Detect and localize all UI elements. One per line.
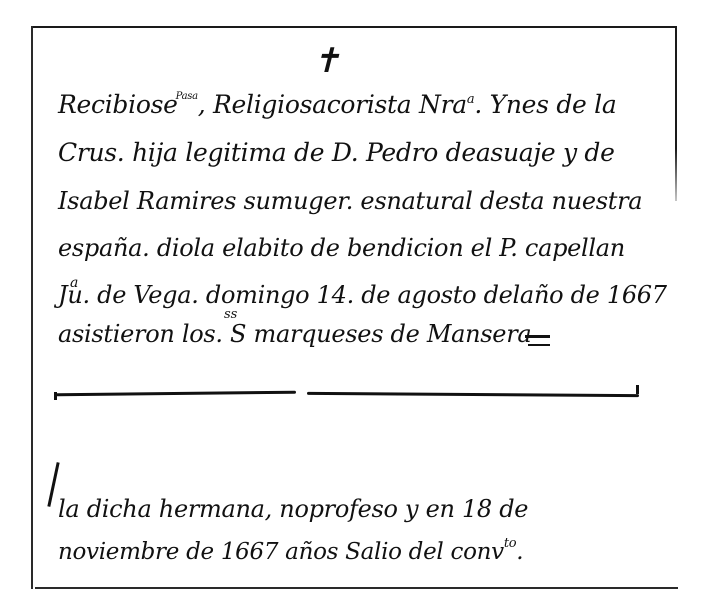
entry-line-6: asistieron los. S marqueses de Mansera: [58, 322, 531, 346]
superscript-to: to: [504, 536, 516, 551]
note-line-2: noviembre de 1667 años Salio del convto.: [58, 541, 523, 564]
entry-line-3: Isabel Ramires sumuger. esnatural desta …: [58, 189, 642, 213]
frame-right-border: [675, 26, 677, 201]
entry-line-5: Ju. de Vega. domingo 14. de agosto delañ…: [58, 283, 667, 307]
note-line-2-end: .: [516, 539, 523, 565]
entry-line-4: españa. diola elabito de bendicion el P.…: [58, 236, 625, 260]
entry-line-1: RecibiosePasa, Religiosacorista Nraa. Yn…: [58, 92, 616, 117]
entry-line-2: Crus. hija legitima de D. Pedro deasuaje…: [58, 140, 615, 165]
divider-hook-right: [636, 385, 639, 394]
entry-line-1-middle: , Religiosacorista Nra: [198, 90, 467, 119]
note-line-2-text: noviembre de 1667 años Salio del conv: [58, 539, 504, 565]
line-end-mark: [525, 335, 550, 338]
line-end-mark-lower: [528, 344, 550, 346]
entry-line-1-end: . Ynes de la: [474, 90, 616, 119]
note-line-1: la dicha hermana, noprofeso y en 18 de: [58, 497, 528, 521]
section-divider-left: [56, 391, 296, 397]
superscript-a: a: [467, 92, 474, 107]
frame-left-border: [31, 26, 33, 589]
superscript-pasa: Pasa: [176, 91, 198, 102]
frame-bottom-border: [35, 587, 678, 589]
manuscript-page: ✝ RecibiosePasa, Religiosacorista Nraa. …: [0, 0, 705, 615]
entry-line-1-start: Recibiose: [58, 90, 178, 119]
cross-icon: ✝: [312, 44, 341, 78]
section-divider-right: [307, 392, 639, 397]
frame-top-border: [31, 26, 677, 28]
